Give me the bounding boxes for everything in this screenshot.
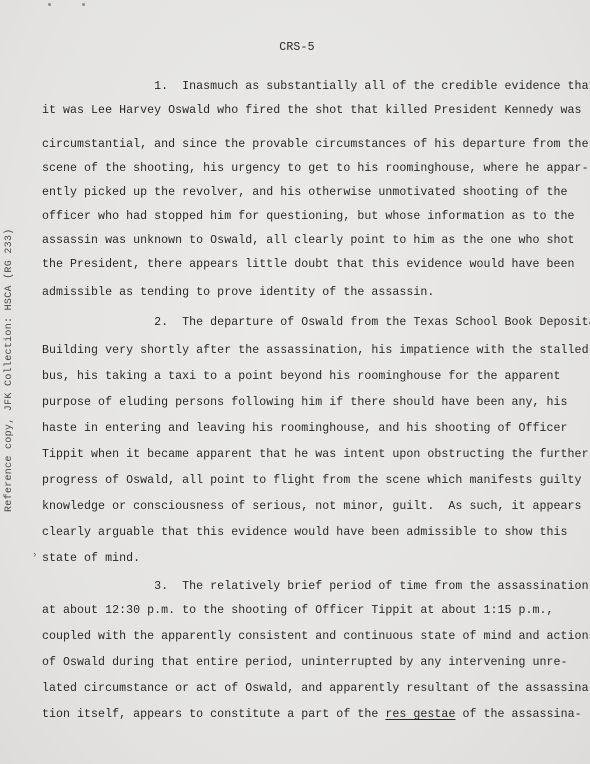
body-line: it was Lee Harvey Oswald who fired the s…: [42, 104, 582, 118]
document-page: CRS-5 1. Inasmuch as substantially all o…: [0, 0, 590, 764]
scan-speck: [82, 3, 85, 6]
scan-speck: [48, 3, 51, 6]
body-line-last: tion itself, appears to constitute a par…: [42, 708, 582, 722]
body-line: Building very shortly after the assassin…: [42, 344, 589, 358]
body-line: 1. Inasmuch as substantially all of the …: [42, 80, 590, 94]
body-line: ently picked up the revolver, and his ot…: [42, 186, 568, 200]
body-line: admissible as tending to prove identity …: [42, 286, 434, 300]
body-line: coupled with the apparently consistent a…: [42, 630, 590, 644]
scan-mark: ›: [32, 550, 37, 560]
body-line: lated circumstance or act of Oswald, and…: [42, 682, 590, 696]
body-line: bus, his taking a taxi to a point beyond…: [42, 370, 561, 384]
body-line: clearly arguable that this evidence woul…: [42, 526, 568, 540]
body-line: purpose of eluding persons following him…: [42, 396, 568, 410]
body-line: officer who had stopped him for question…: [42, 210, 575, 224]
margin-stamp: Reference copy, JFK Collection: HSCA (RG…: [4, 228, 15, 512]
body-line: the President, there appears little doub…: [42, 258, 575, 272]
body-line: 2. The departure of Oswald from the Texa…: [42, 316, 590, 330]
body-line: 3. The relatively brief period of time f…: [42, 580, 589, 594]
body-line: knowledge or consciousness of serious, n…: [42, 500, 582, 514]
body-line: state of mind.: [42, 552, 140, 566]
body-line: haste in entering and leaving his roomin…: [42, 422, 568, 436]
body-line: assassin was unknown to Oswald, all clea…: [42, 234, 575, 248]
page-label: CRS-5: [0, 41, 590, 54]
text-segment: tion itself, appears to constitute a par…: [42, 708, 385, 721]
body-line: of Oswald during that entire period, uni…: [42, 656, 568, 670]
text-segment: of the assassina-: [455, 708, 581, 721]
body-line: progress of Oswald, all point to flight …: [42, 474, 582, 488]
body-line: circumstantial, and since the provable c…: [42, 138, 589, 152]
body-line: Tippit when it became apparent that he w…: [42, 448, 589, 462]
underlined-term: res gestae: [385, 708, 455, 721]
body-line: at about 12:30 p.m. to the shooting of O…: [42, 604, 554, 618]
body-line: scene of the shooting, his urgency to ge…: [42, 162, 589, 176]
